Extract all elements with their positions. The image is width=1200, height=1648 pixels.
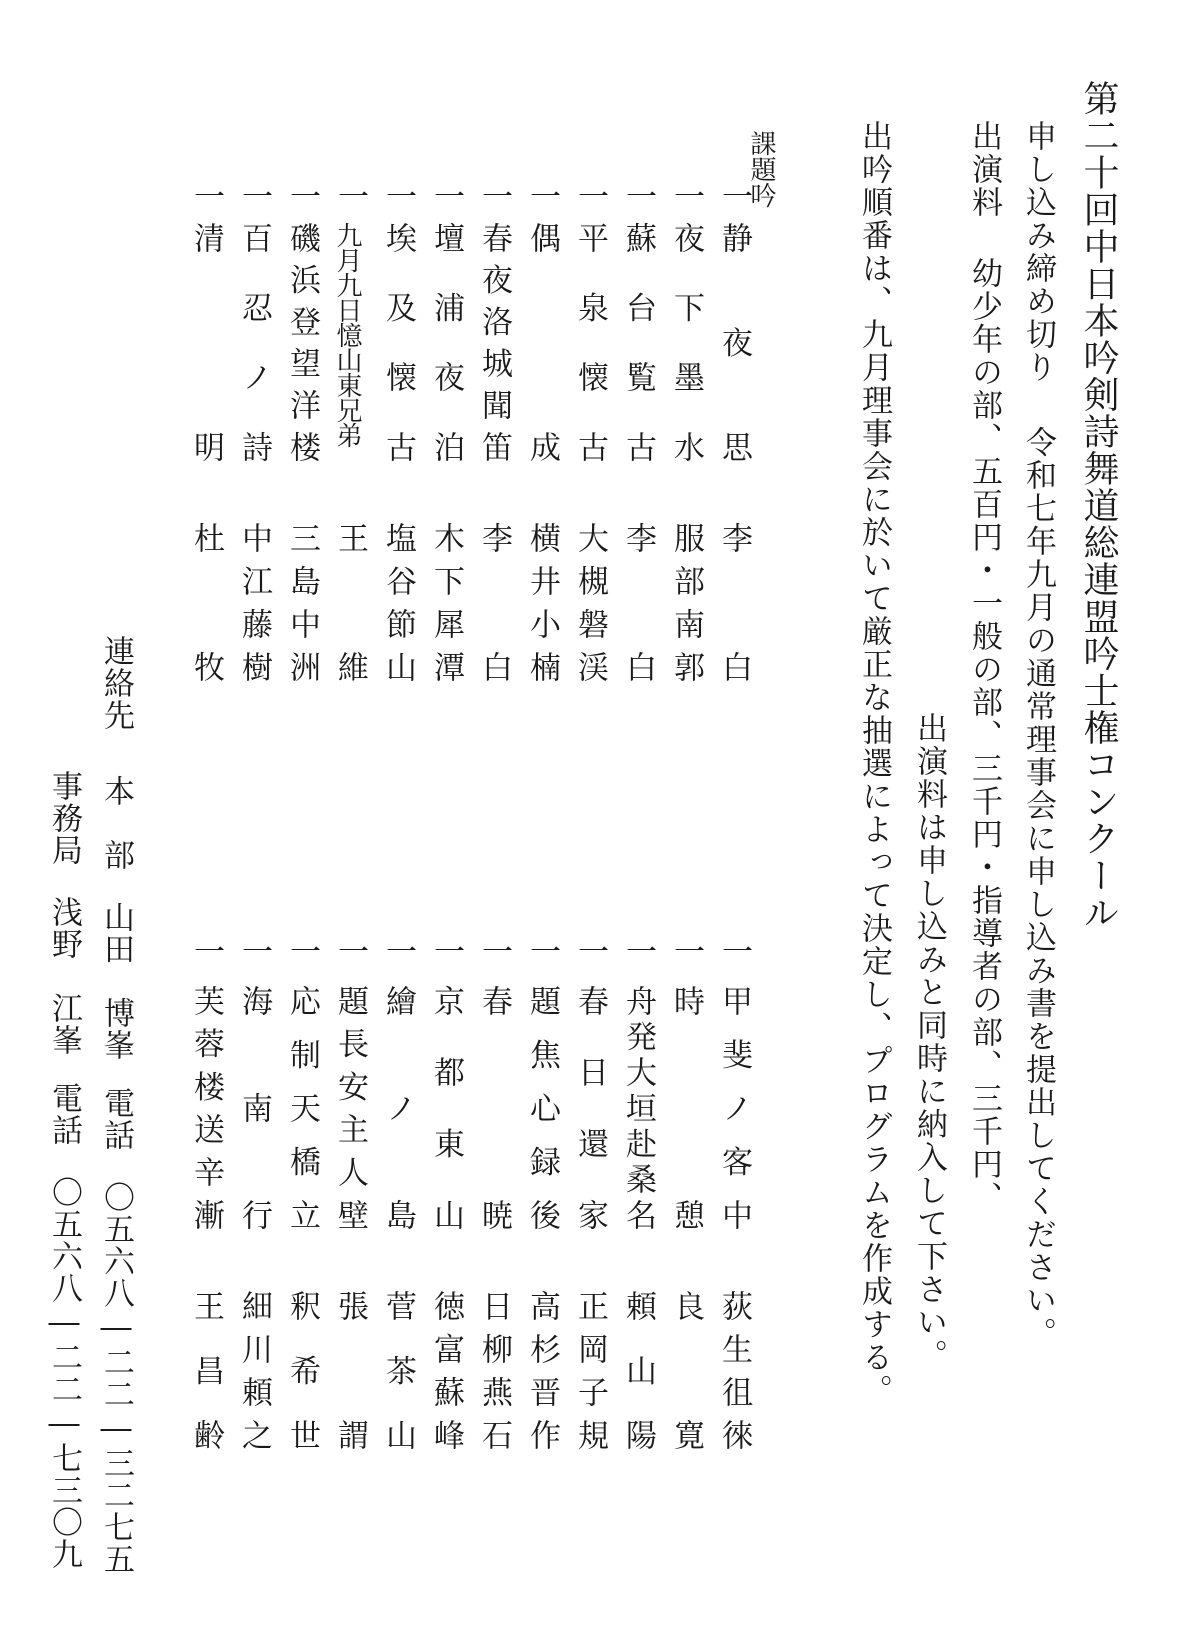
page-title: 第二十回中日本吟剣詩舞道総連盟吟士権コンクール xyxy=(1080,80,1116,931)
bullet-dash: 一 xyxy=(718,935,749,966)
poem-title: 静 夜 思 xyxy=(718,222,749,483)
poem-author: 日柳燕石 xyxy=(478,1290,509,1462)
bullet-dash: 一 xyxy=(478,180,509,211)
contact-hq-line: 連絡先本 部山田 博峯電話〇五六八―二二―三二七五 xyxy=(100,635,131,1575)
poem-author: 王 昌 齢 xyxy=(190,1290,221,1451)
poem-title: 時 憩 xyxy=(670,985,701,1253)
bullet-dash: 一 xyxy=(238,935,269,966)
poem-title: 壇浦夜泊 xyxy=(430,222,461,501)
poem-title: 百 忍 ノ 詩 xyxy=(238,222,269,466)
poem-title: 海 南 行 xyxy=(238,985,269,1253)
poem-author: 徳富蘇峰 xyxy=(430,1290,461,1462)
poem-title: 平泉懐古 xyxy=(574,222,605,501)
poem-author: 細川頼之 xyxy=(238,1290,269,1462)
poem-title: 九月九日憶山東兄弟 xyxy=(334,222,360,447)
poem-title: 夜下墨水 xyxy=(670,222,701,501)
bullet-dash: 一 xyxy=(526,935,557,966)
contact-office-line: 事務局浅野 江峯電話〇五六八―二二―七三〇九 xyxy=(48,770,79,1570)
poem-title: 題焦心録後 xyxy=(526,985,557,1253)
poem-title: 清 明 xyxy=(190,222,221,483)
poem-author: 三島中洲 xyxy=(286,522,317,694)
poem-title: 舟発大垣赴桑名 xyxy=(622,985,653,1235)
poem-author: 李 白 xyxy=(718,522,749,683)
bullet-dash: 一 xyxy=(382,180,413,211)
bullet-dash: 一 xyxy=(382,935,413,966)
deadline-text: 令和七年九月の通常理事会に申し込み書を提出してください。 xyxy=(1020,426,1056,1350)
bullet-dash: 一 xyxy=(430,180,461,211)
bullet-dash: 一 xyxy=(574,180,605,211)
poem-title: 埃及懐古 xyxy=(382,222,413,501)
poem-author: 木下犀潭 xyxy=(430,522,461,694)
hq-label: 本 部 xyxy=(98,775,134,871)
deadline-label: 申し込み締め切り xyxy=(1020,120,1056,384)
deadline-line: 申し込み締め切り令和七年九月の通常理事会に申し込み書を提出してください。 xyxy=(1022,120,1053,1350)
poem-title: 応制天橋立 xyxy=(286,985,317,1253)
bullet-dash: 一 xyxy=(286,935,317,966)
poem-title: 題長安主人壁 xyxy=(334,985,365,1242)
hq-phone-label: 電話 xyxy=(98,1087,134,1151)
fee-amounts: 幼少年の部、五百円・一般の部、三千円・指導者の部、三千円、 xyxy=(966,257,1002,1214)
poem-title: 春 暁 xyxy=(478,985,509,1253)
office-label: 事務局 xyxy=(46,770,82,866)
hq-phone: 〇五六八―二二―三二七五 xyxy=(98,1181,134,1575)
fee-line: 出演料幼少年の部、五百円・一般の部、三千円・指導者の部、三千円、 xyxy=(968,120,999,1214)
contact-label: 連絡先 xyxy=(98,635,134,731)
poem-author: 横井小楠 xyxy=(526,522,557,694)
poem-author: 菅 茶 山 xyxy=(382,1290,413,1451)
bullet-dash: 一 xyxy=(238,180,269,211)
poem-author: 杜 牧 xyxy=(190,522,221,683)
poem-author: 王 維 xyxy=(334,522,365,683)
poem-title: 偶 成 xyxy=(526,222,557,483)
poem-title: 蘇台覧古 xyxy=(622,222,653,501)
poem-title: 繪 ノ 島 xyxy=(382,985,413,1253)
poem-title: 甲斐ノ客中 xyxy=(718,985,749,1253)
poem-title: 磯浜登望洋楼 xyxy=(286,222,317,473)
bullet-dash: 一 xyxy=(286,180,317,211)
poem-author: 塩谷節山 xyxy=(382,522,413,694)
bullet-dash: 一 xyxy=(670,935,701,966)
poem-author: 李 白 xyxy=(478,522,509,683)
poem-author: 荻生徂徠 xyxy=(718,1290,749,1462)
bullet-dash: 一 xyxy=(478,935,509,966)
poem-author: 良 寛 xyxy=(670,1290,701,1451)
office-name: 浅野 江峯 xyxy=(46,896,82,1056)
poem-title: 春日還家 xyxy=(574,985,605,1270)
poem-author: 中江藤樹 xyxy=(238,522,269,694)
office-phone: 〇五六八―二二―七三〇九 xyxy=(46,1176,82,1570)
bullet-dash: 一 xyxy=(430,935,461,966)
bullet-dash: 一 xyxy=(526,180,557,211)
bullet-dash: 一 xyxy=(190,180,221,211)
bullet-dash: 一 xyxy=(190,935,221,966)
poem-title: 京 都 東 山 xyxy=(430,985,461,1235)
poem-author: 李 白 xyxy=(622,522,653,683)
poem-author: 釈 希 世 xyxy=(286,1290,317,1451)
fee-label: 出演料 xyxy=(966,120,1002,219)
poem-author: 頼 山 陽 xyxy=(622,1290,653,1451)
office-phone-label: 電話 xyxy=(46,1082,82,1146)
poem-author: 張 謂 xyxy=(334,1290,365,1451)
poem-author: 大槻磐渓 xyxy=(574,522,605,694)
performance-order-note: 出吟順番は、九月理事会に於いて厳正な抽選によって決定し、プログラムを作成する。 xyxy=(858,120,889,1407)
bullet-dash: 一 xyxy=(718,180,749,211)
hq-name: 山田 博峯 xyxy=(98,901,134,1061)
poem-author: 高杉晋作 xyxy=(526,1290,557,1462)
bullet-dash: 一 xyxy=(670,180,701,211)
poem-author: 正岡子規 xyxy=(574,1290,605,1462)
poem-title: 春夜洛城聞笛 xyxy=(478,222,509,473)
poem-title: 芙蓉楼送辛漸 xyxy=(190,985,221,1242)
bullet-dash: 一 xyxy=(574,935,605,966)
fee-note: 出演料は申し込みと同時に納入して下さい。 xyxy=(913,712,944,1372)
bullet-dash: 一 xyxy=(622,935,653,966)
poem-author: 服部南郭 xyxy=(670,522,701,694)
bullet-dash: 一 xyxy=(622,180,653,211)
bullet-dash: 一 xyxy=(334,180,365,211)
bullet-dash: 一 xyxy=(334,935,365,966)
